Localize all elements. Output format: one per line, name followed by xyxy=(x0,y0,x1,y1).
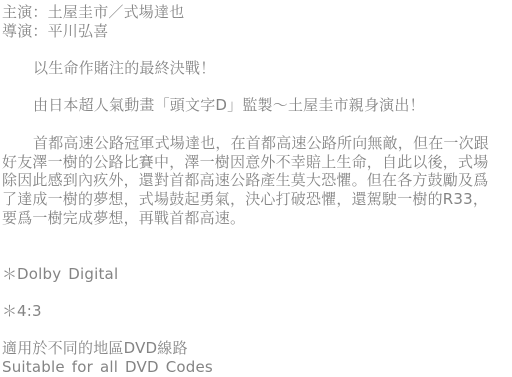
starring-line: 主演：土屋圭市／式場達也 xyxy=(2,3,512,22)
synopsis-line: 好友澤一樹的公路比賽中，澤一樹因意外不幸賠上生命，自此以後，式場 xyxy=(2,153,512,172)
spec-aspect-ratio-label: 4:3 xyxy=(17,302,42,320)
dvd-description-page: 主演：土屋圭市／式場達也 導演：平川弘喜 以生命作賭注的最終決戰！ 由日本超人氣… xyxy=(0,0,512,377)
spec-dolby-digital-label: Dolby Digital xyxy=(17,265,118,283)
synopsis-line: 了達成一樹的夢想，式場鼓起勇氣，決心打破恐懼，還駕駛一樹的R33， xyxy=(2,190,512,209)
spec-aspect-ratio: ＊4:3 xyxy=(2,302,512,321)
region-note-zh: 適用於不同的地區DVD線路 xyxy=(2,339,512,358)
region-note-en: Suitable for all DVD Codes xyxy=(2,358,512,377)
synopsis-line: 要爲一樹完成夢想，再戰首都高速。 xyxy=(2,209,512,228)
tagline-initial-d: 由日本超人氣動畫「頭文字D」監製～土屋圭市親身演出！ xyxy=(2,96,512,115)
synopsis-line: 首都高速公路冠軍式場達也，在首都高速公路所向無敵，但在一次跟 xyxy=(2,134,512,153)
director-line: 導演：平川弘喜 xyxy=(2,22,512,41)
synopsis-line: 除因此感到內疚外，還對首都高速公路產生莫大恐懼。但在各方鼓勵及爲 xyxy=(2,171,512,190)
tagline-final-battle: 以生命作賭注的最終決戰！ xyxy=(2,59,512,78)
spec-dolby-digital: ＊Dolby Digital xyxy=(2,265,512,284)
asterisk-marker: ＊ xyxy=(2,302,17,321)
asterisk-marker: ＊ xyxy=(2,265,17,284)
synopsis-paragraph: 首都高速公路冠軍式場達也，在首都高速公路所向無敵，但在一次跟 好友澤一樹的公路比… xyxy=(2,134,512,227)
